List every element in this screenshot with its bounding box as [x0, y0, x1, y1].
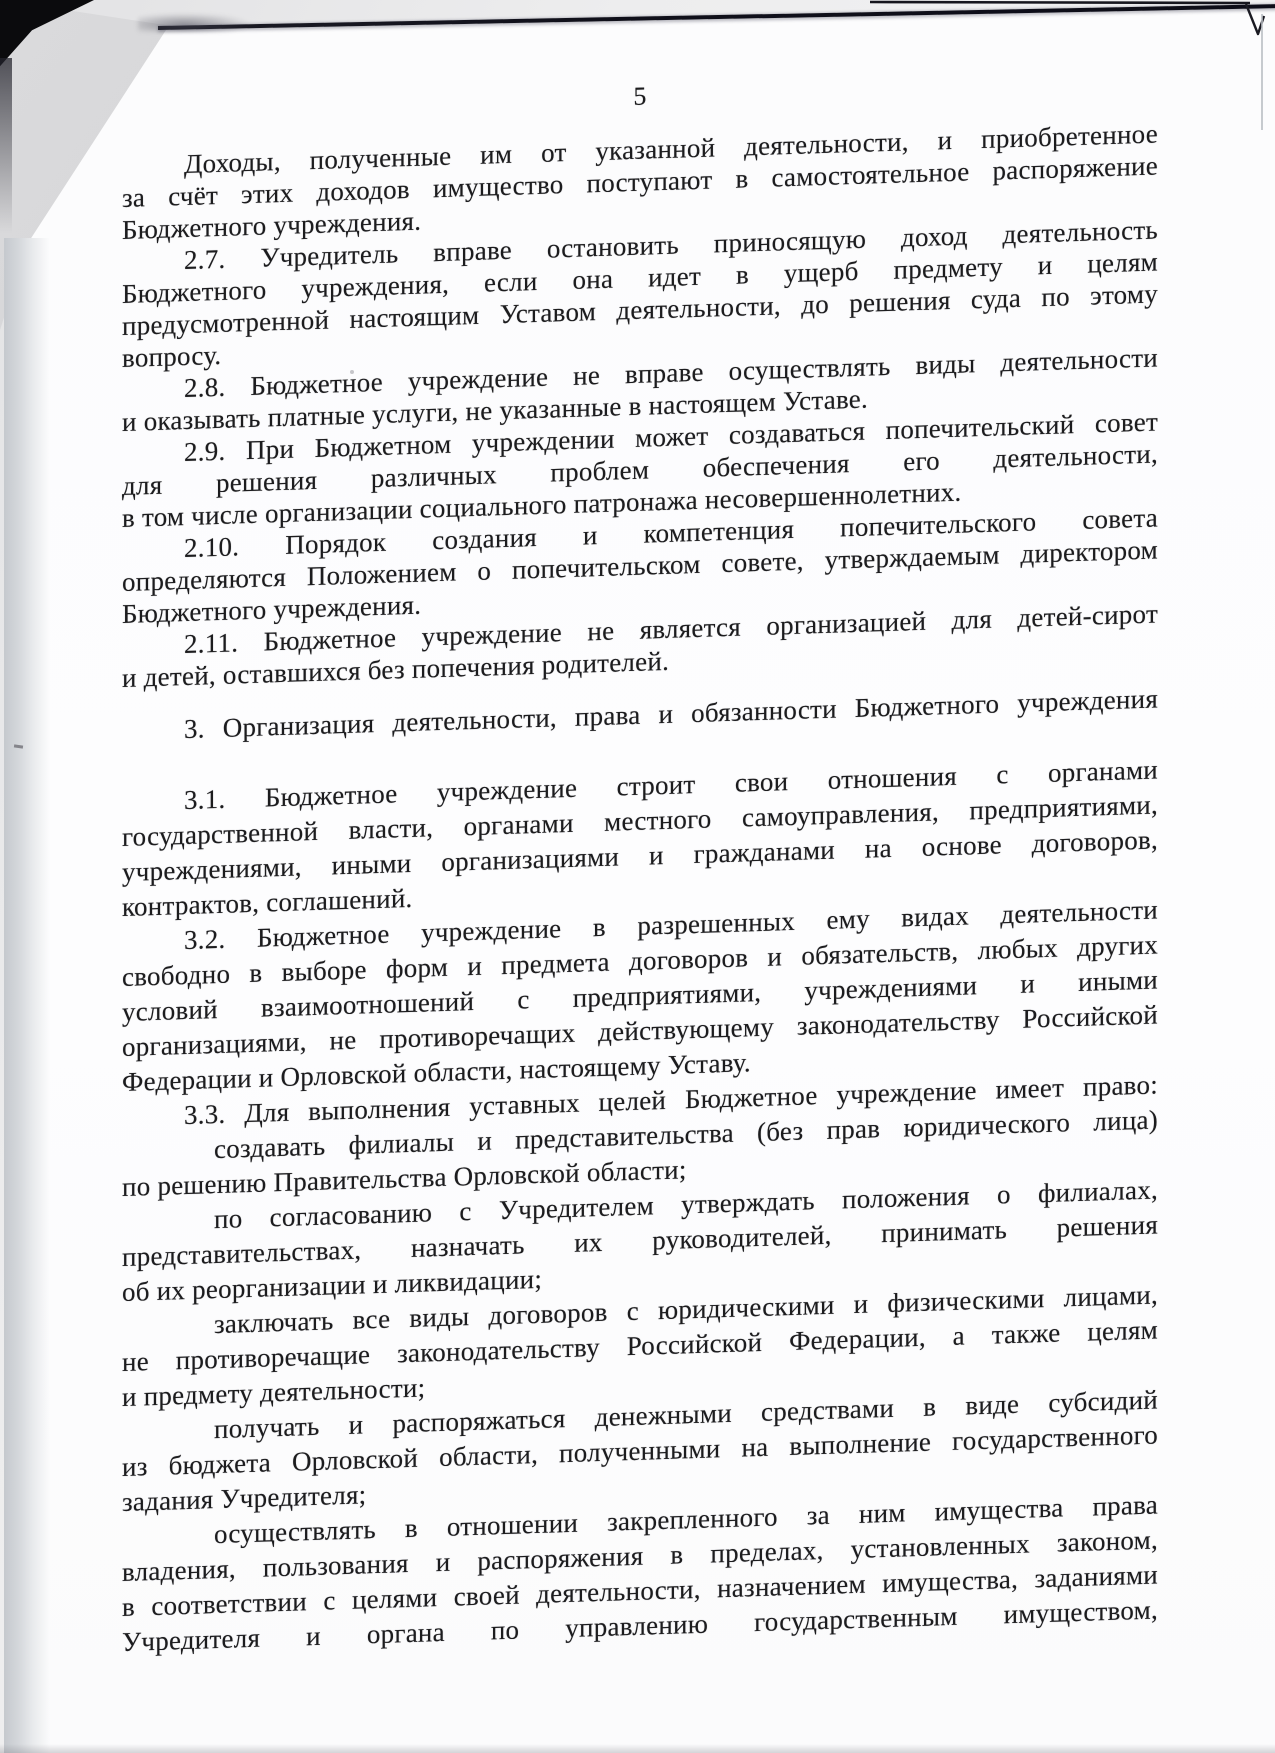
section-heading: 3. Организация деятельности, права и обя…: [122, 681, 1158, 749]
page-left-edge-shadow: [4, 238, 50, 1753]
scanned-document-page: 5 Доходы, полученные им от указанной дея…: [0, 0, 1275, 1753]
paragraph: 3.2. Бюджетное учреждение в разрешенных …: [122, 892, 1158, 1100]
scan-corner-streak: [0, 58, 12, 233]
scan-smudge: [138, 13, 253, 32]
paragraphs: Доходы, полученные им от указанной деяте…: [122, 117, 1158, 1660]
text-line: 3. Организация деятельности, права и обя…: [122, 681, 1158, 749]
scan-bottom-shadow: [0, 1744, 1275, 1753]
document-text: 5 Доходы, полученные им от указанной дея…: [122, 63, 1158, 1660]
